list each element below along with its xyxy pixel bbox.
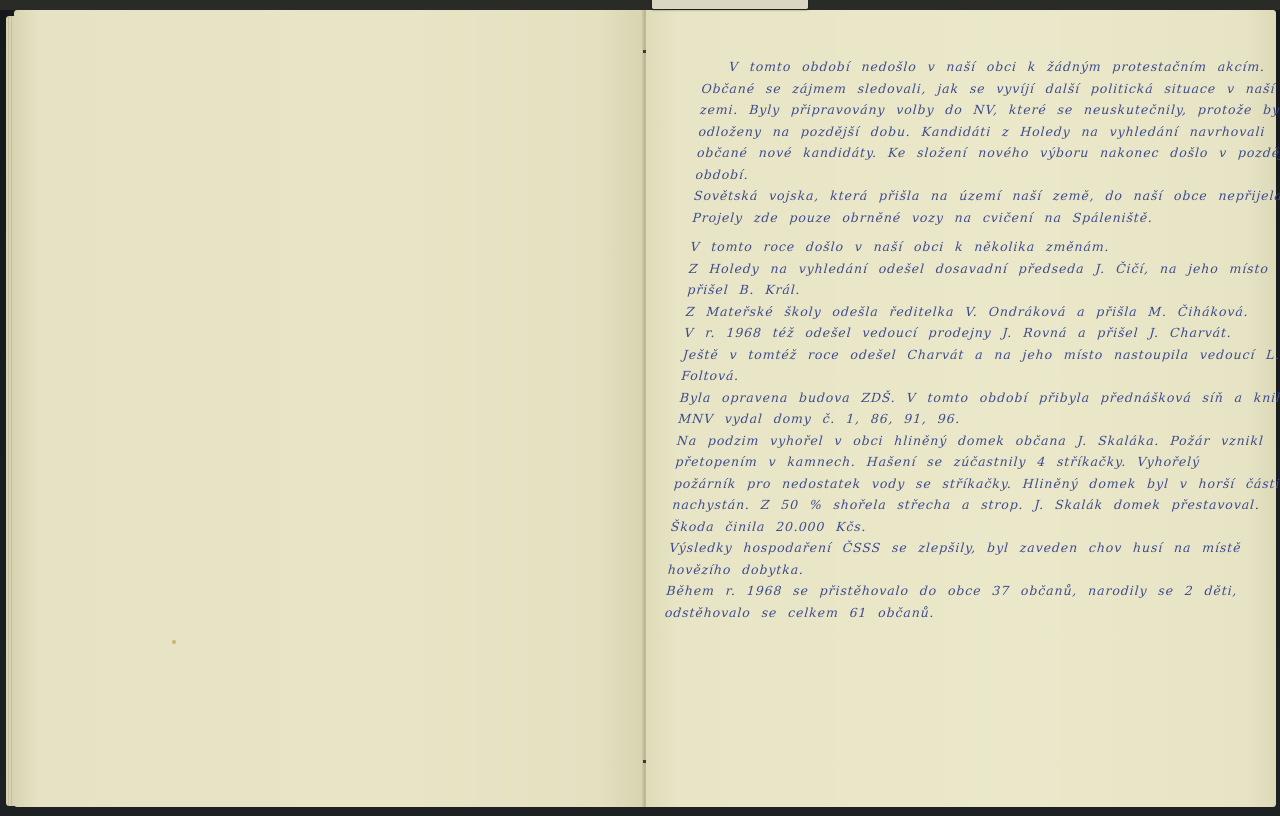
text-line: Byla opravena budova ZDŠ. V tomto období… (679, 387, 1241, 409)
text-line: Během r. 1968 se přistěhovalo do obce 37… (666, 580, 1228, 602)
text-line: Sovětská vojska, která přišla na území n… (693, 185, 1255, 207)
text-line: Občané se zájmem sledovali, jak se vyvíj… (701, 78, 1263, 100)
text-line: V tomto období nedošlo v naší obci k žád… (702, 56, 1264, 78)
handwritten-text-block: V tomto období nedošlo v naší obci k žád… (664, 56, 1264, 623)
text-line: odloženy na pozdější dobu. Kandidáti z H… (698, 121, 1260, 143)
text-line: období. (695, 164, 1257, 186)
text-line: V r. 1968 též odešel vedoucí prodejny J.… (684, 322, 1246, 344)
text-line: Foltová. (681, 365, 1243, 387)
text-line: Projely zde pouze obrněné vozy na cvičen… (692, 207, 1254, 229)
text-line: Ještě v tomtéž roce odešel Charvát a na … (682, 344, 1244, 366)
text-line: Na podzim vyhořel v obci hliněný domek o… (676, 430, 1238, 452)
text-line: Z Holedy na vyhledání odešel dosavadní p… (688, 258, 1250, 280)
text-line: MNV vydal domy č. 1, 86, 91, 96. (678, 408, 1240, 430)
top-binding-strip (0, 0, 1280, 10)
text-line: zemi. Byly připravovány volby do NV, kte… (699, 99, 1261, 121)
text-line: Výsledky hospodaření ČSSS se zlepšily, b… (669, 537, 1231, 559)
text-line: občané nové kandidáty. Ke složení nového… (696, 142, 1258, 164)
year-tab: 1969 (652, 0, 808, 9)
text-line: odstěhovalo se celkem 61 občanů. (664, 602, 1226, 624)
text-line: Škoda činila 20.000 Kčs. (670, 516, 1232, 538)
text-line: požárník pro nedostatek vody se stříkačk… (673, 473, 1235, 495)
left-page-blank (14, 10, 646, 807)
paper-stain (172, 640, 176, 644)
text-line: přetopením v kamnech. Hašení se zúčastni… (675, 451, 1237, 473)
text-line: V tomto roce došlo v naší obci k několik… (690, 236, 1252, 258)
year-tab-label: 1969 (686, 0, 726, 4)
text-line: Z Mateřské školy odešla ředitelka V. Ond… (685, 301, 1247, 323)
text-line: nachystán. Z 50 % shořela střecha a stro… (672, 494, 1234, 516)
book-scan: 1969 V tomto období nedošlo v naší obci … (0, 0, 1280, 816)
text-line: hovězího dobytka. (667, 559, 1229, 581)
text-line: přišel B. Král. (687, 279, 1249, 301)
